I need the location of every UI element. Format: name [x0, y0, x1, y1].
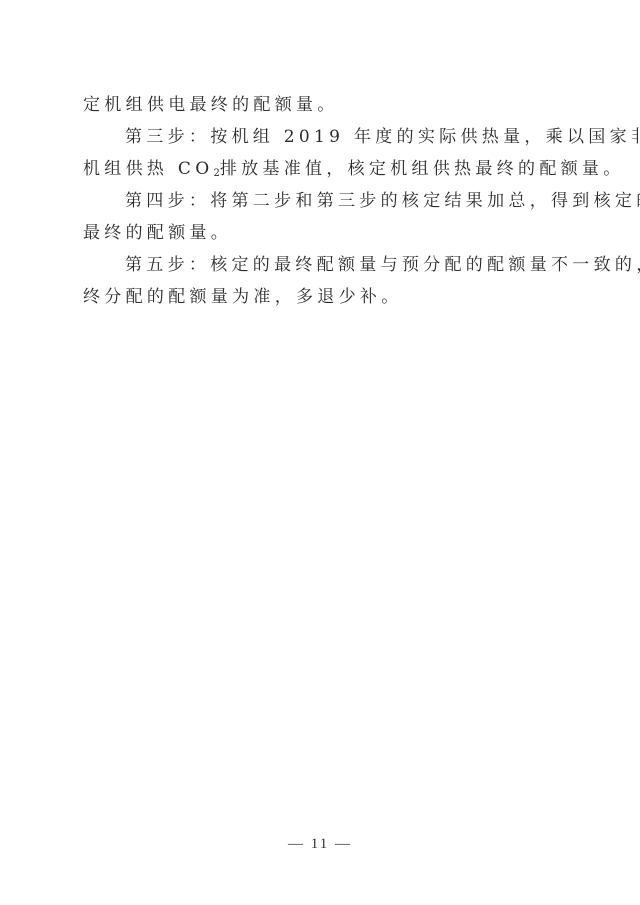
paragraph-line-step-three: 第三步：按机组 2019 年度的实际供热量，乘以国家非常规燃煤: [83, 121, 561, 153]
body-text: 定机组供电最终的配额量。 第三步：按机组 2019 年度的实际供热量，乘以国家非…: [83, 89, 561, 313]
paragraph-line-step-four: 第四步：将第二步和第三步的核定结果加总，得到核定的机组: [83, 185, 561, 217]
page-number: — 11 —: [0, 836, 640, 853]
document-page: 定机组供电最终的配额量。 第三步：按机组 2019 年度的实际供热量，乘以国家非…: [0, 0, 640, 905]
paragraph-line: 机组供热 CO2排放基准值，核定机组供热最终的配额量。: [83, 153, 561, 185]
paragraph-line-step-five: 第五步：核定的最终配额量与预分配的配额量不一致的，以最: [83, 249, 561, 281]
paragraph-line: 最终的配额量。: [83, 217, 561, 249]
paragraph-line: 定机组供电最终的配额量。: [83, 89, 561, 121]
text-segment: 机组供热 CO: [83, 159, 213, 179]
text-segment: 排放基准值，核定机组供热最终的配额量。: [220, 159, 625, 179]
paragraph-line: 终分配的配额量为准，多退少补。: [83, 281, 561, 313]
